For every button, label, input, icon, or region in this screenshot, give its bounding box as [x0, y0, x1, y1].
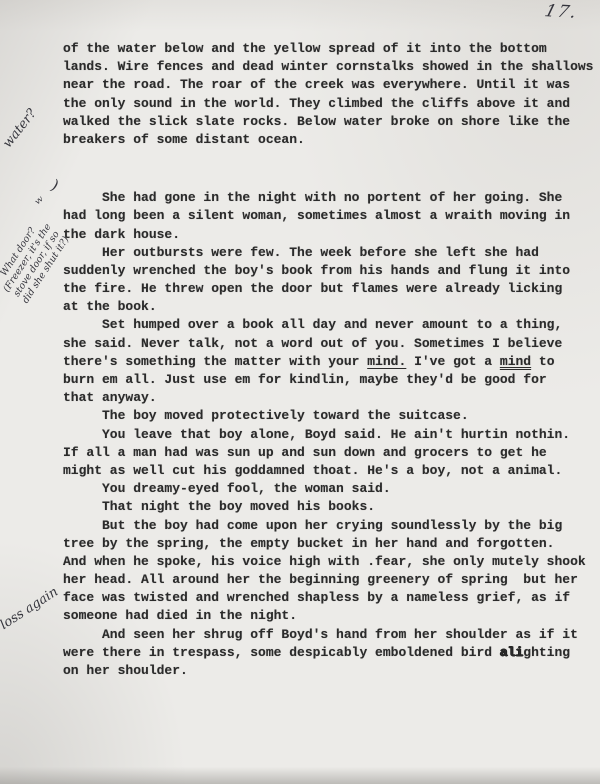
margin-note-loss: loss again: [0, 582, 64, 633]
text-line: breakers of some distant ocean.: [63, 131, 594, 149]
paragraph: And seen her shrug off Boyd's hand from …: [63, 626, 594, 681]
text-segment: there's something the matter with your: [63, 354, 367, 369]
text-line: of the water below and the yellow spread…: [63, 40, 594, 58]
text-line: You leave that boy alone, Boyd said. He …: [63, 426, 594, 444]
text-line: suddenly wrenched the boy's book from hi…: [63, 262, 594, 280]
text-line: her head. All around her the beginning g…: [63, 571, 594, 589]
paragraph: You dreamy-eyed fool, the woman said.: [63, 480, 594, 498]
text-line: had long been a silent woman, sometimes …: [63, 207, 594, 225]
text-line: at the book.: [63, 298, 594, 316]
text-segment: ghting: [523, 645, 570, 660]
paragraph: of the water below and the yellow spread…: [63, 40, 594, 149]
paragraph: She had gone in the night with no porten…: [63, 189, 594, 244]
paragraph: Set humped over a book all day and never…: [63, 316, 594, 407]
text-line: were there in trespass, some despicably …: [63, 644, 594, 662]
text-line: the fire. He threw open the door but fla…: [63, 280, 594, 298]
text-line: there's something the matter with your m…: [63, 353, 594, 371]
text-line: the only sound in the world. They climbe…: [63, 95, 594, 113]
insert-mark: ): [49, 176, 60, 195]
paragraph: But the boy had come upon her crying sou…: [63, 517, 594, 626]
text-line: walked the slick slate rocks. Below wate…: [63, 113, 594, 131]
text-segment: I've got a: [406, 354, 500, 369]
text-line: Her outbursts were few. The week before …: [63, 244, 594, 262]
text-line: burn em all. Just use em for kindlin, ma…: [63, 371, 594, 389]
text-line: someone had died in the night.: [63, 607, 594, 625]
paragraph: That night the boy moved his books.: [63, 498, 594, 516]
text-line: You dreamy-eyed fool, the woman said.: [63, 480, 594, 498]
underline-text: mind.: [367, 354, 406, 369]
text-line: tree by the spring, the empty bucket in …: [63, 535, 594, 553]
text-line: And seen her shrug off Boyd's hand from …: [63, 626, 594, 644]
text-line: lands. Wire fences and dead winter corns…: [63, 58, 594, 76]
margin-note-water: water?: [0, 96, 48, 151]
typed-text: of the water below and the yellow spread…: [63, 40, 594, 680]
overstrike-text: ali: [500, 645, 523, 660]
paragraph: You leave that boy alone, Boyd said. He …: [63, 426, 594, 481]
text-line: If all a man had was sun up and sun down…: [63, 444, 594, 462]
text-line: might as well cut his goddamned thoat. H…: [63, 462, 594, 480]
text-segment: were there in trespass, some despicably …: [63, 645, 500, 660]
paragraph: Her outbursts were few. The week before …: [63, 244, 594, 317]
text-line: And when he spoke, his voice high with .…: [63, 553, 594, 571]
text-segment: to: [531, 354, 554, 369]
text-line: near the road. The roar of the creek was…: [63, 76, 594, 94]
text-line: on her shoulder.: [63, 662, 594, 680]
manuscript-page: 17. water? What door?(Freezer, it's thes…: [0, 0, 600, 784]
paragraph: The boy moved protectively toward the su…: [63, 407, 594, 425]
text-line: face was twisted and wrenched shapless b…: [63, 589, 594, 607]
text-line: The boy moved protectively toward the su…: [63, 407, 594, 425]
text-line: she said. Never talk, not a word out of …: [63, 335, 594, 353]
text-line: Set humped over a book all day and never…: [63, 316, 594, 334]
text-line: the dark house.: [63, 226, 594, 244]
text-line: She had gone in the night with no porten…: [63, 189, 594, 207]
text-line: But the boy had come upon her crying sou…: [63, 517, 594, 535]
text-line: that anyway.: [63, 389, 594, 407]
double-underline-text: mind: [500, 354, 531, 369]
page-number: 17.: [542, 1, 580, 22]
text-line: That night the boy moved his books.: [63, 498, 594, 516]
